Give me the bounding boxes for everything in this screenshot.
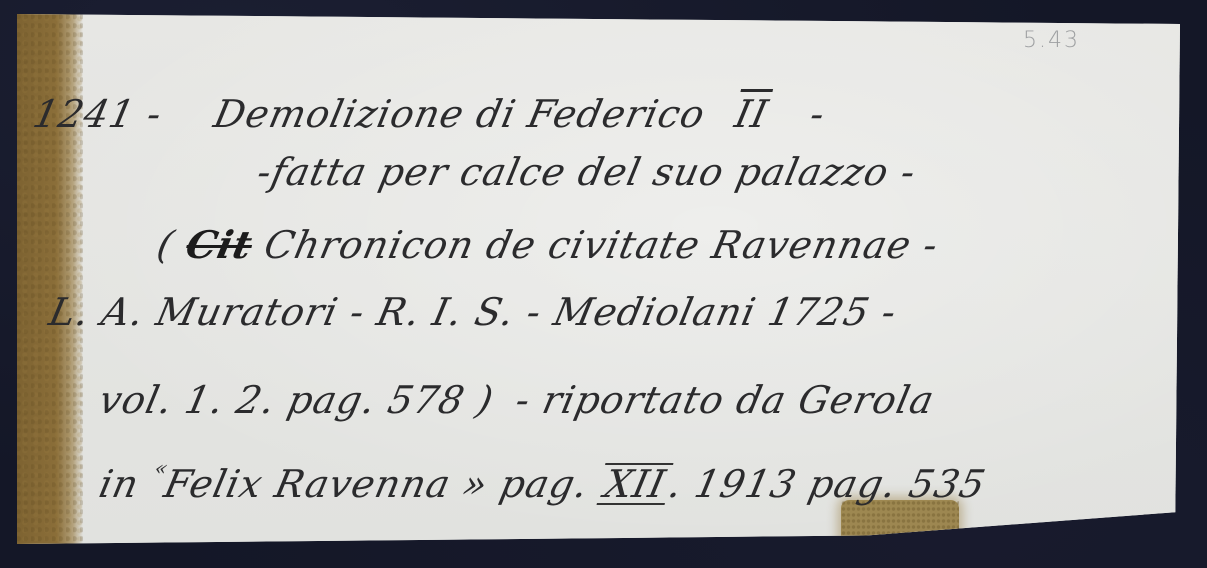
year: . 1913: [665, 462, 801, 506]
journal-title: Felix Ravenna: [160, 462, 455, 506]
volume-numeral: XII: [597, 463, 674, 505]
prefix: in: [95, 462, 143, 506]
line-text: -fatta per calce del suo palazzo -: [253, 150, 920, 194]
separator: -: [143, 92, 166, 136]
roman-numeral: II: [731, 92, 772, 136]
line-text: Demolizione di Federico: [210, 92, 709, 136]
note-line-1: 1241 - Demolizione di Federico II -: [29, 92, 829, 136]
note-line-4: L. A. Muratori - R. I. S. - Mediolani 17…: [45, 290, 901, 334]
year: 1241: [29, 92, 139, 136]
archive-number: 5.43: [1023, 28, 1080, 53]
note-line-6: in «Felix Ravenna » pag. XII. 1913 pag. …: [95, 462, 990, 506]
line-text: Chronicon de civitate Ravennae -: [260, 223, 942, 267]
page-ref: pag. 535: [805, 462, 990, 506]
pag-label: pag.: [496, 462, 593, 506]
struck-word: Cit: [182, 222, 257, 267]
line-text-a: vol. 1. 2. pag. 578: [95, 378, 469, 422]
note-line-5: vol. 1. 2. pag. 578 ) - riportato da Ger…: [95, 378, 938, 422]
line-text-b: - riportato da Gerola: [512, 378, 939, 422]
note-line-2: -fatta per calce del suo palazzo -: [253, 150, 920, 194]
quote-close: »: [459, 462, 493, 506]
line-text: L. A. Muratori - R. I. S. - Mediolani 17…: [45, 290, 901, 334]
note-line-3: ( Cit Chronicon de civitate Ravennae -: [153, 222, 943, 267]
close-paren: ): [473, 378, 498, 422]
